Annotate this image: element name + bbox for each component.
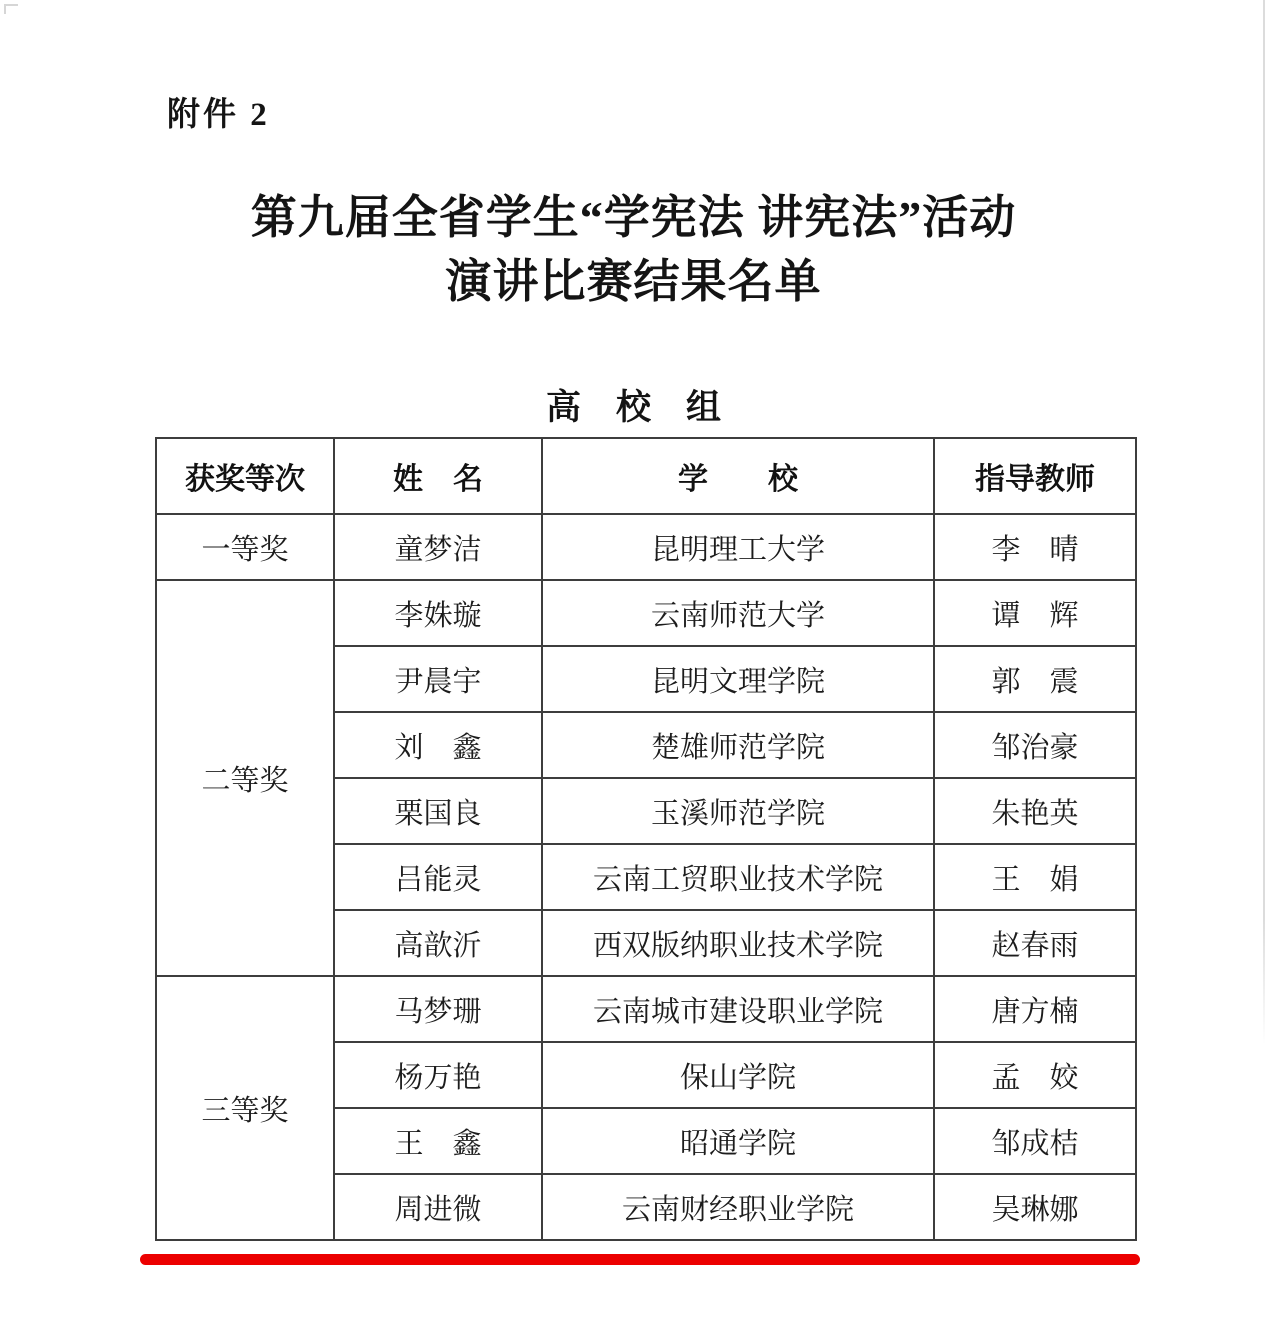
school-cell: 楚雄师范学院: [542, 712, 934, 778]
school-cell: 玉溪师范学院: [542, 778, 934, 844]
attachment-label: 附件 2: [167, 88, 270, 135]
teacher-cell: 邹成桔: [934, 1108, 1136, 1174]
table-row: 二等奖李姝璇云南师范大学谭 辉: [156, 580, 1136, 646]
group-title: 高 校 组: [0, 380, 1267, 430]
document-title-line1: 第九届全省学生“学宪法 讲宪法”活动: [0, 186, 1267, 250]
teacher-cell: 邹治豪: [934, 712, 1136, 778]
name-cell: 尹晨宇: [334, 646, 542, 712]
document-title: 第九届全省学生“学宪法 讲宪法”活动 演讲比赛结果名单: [0, 186, 1267, 315]
header-teacher: 指导教师: [934, 438, 1136, 514]
header-school: 学 校: [542, 438, 934, 514]
school-cell: 昭通学院: [542, 1108, 934, 1174]
teacher-cell: 李 晴: [934, 514, 1136, 580]
table-row: 一等奖童梦洁昆明理工大学李 晴: [156, 514, 1136, 580]
teacher-cell: 吴琳娜: [934, 1174, 1136, 1240]
school-cell: 云南城市建设职业学院: [542, 976, 934, 1042]
award-level-cell: 一等奖: [156, 514, 334, 580]
teacher-cell: 唐方楠: [934, 976, 1136, 1042]
teacher-cell: 郭 震: [934, 646, 1136, 712]
results-table-body: 一等奖童梦洁昆明理工大学李 晴二等奖李姝璇云南师范大学谭 辉尹晨宇昆明文理学院郭…: [156, 514, 1136, 1240]
name-cell: 李姝璇: [334, 580, 542, 646]
school-cell: 昆明理工大学: [542, 514, 934, 580]
name-cell: 吕能灵: [334, 844, 542, 910]
name-cell: 周进微: [334, 1174, 542, 1240]
school-cell: 云南师范大学: [542, 580, 934, 646]
school-cell: 西双版纳职业技术学院: [542, 910, 934, 976]
document-title-line2: 演讲比赛结果名单: [0, 250, 1267, 314]
school-cell: 昆明文理学院: [542, 646, 934, 712]
header-award-level: 获奖等次: [156, 438, 334, 514]
name-cell: 童梦洁: [334, 514, 542, 580]
name-cell: 马梦珊: [334, 976, 542, 1042]
school-cell: 云南工贸职业技术学院: [542, 844, 934, 910]
school-cell: 云南财经职业学院: [542, 1174, 934, 1240]
name-cell: 王 鑫: [334, 1108, 542, 1174]
school-cell: 保山学院: [542, 1042, 934, 1108]
scan-corner-artifact: [4, 4, 18, 14]
results-table: 获奖等次 姓 名 学 校 指导教师 一等奖童梦洁昆明理工大学李 晴二等奖李姝璇云…: [155, 437, 1137, 1241]
page-edge-line: [1263, 0, 1265, 1045]
name-cell: 刘 鑫: [334, 712, 542, 778]
red-underline: [140, 1254, 1140, 1265]
name-cell: 杨万艳: [334, 1042, 542, 1108]
award-level-cell: 二等奖: [156, 580, 334, 976]
name-cell: 栗国良: [334, 778, 542, 844]
teacher-cell: 王 娟: [934, 844, 1136, 910]
teacher-cell: 赵春雨: [934, 910, 1136, 976]
teacher-cell: 孟 姣: [934, 1042, 1136, 1108]
table-header-row: 获奖等次 姓 名 学 校 指导教师: [156, 438, 1136, 514]
name-cell: 高歆沂: [334, 910, 542, 976]
header-name: 姓 名: [334, 438, 542, 514]
table-row: 三等奖马梦珊云南城市建设职业学院唐方楠: [156, 976, 1136, 1042]
teacher-cell: 谭 辉: [934, 580, 1136, 646]
award-level-cell: 三等奖: [156, 976, 334, 1240]
teacher-cell: 朱艳英: [934, 778, 1136, 844]
